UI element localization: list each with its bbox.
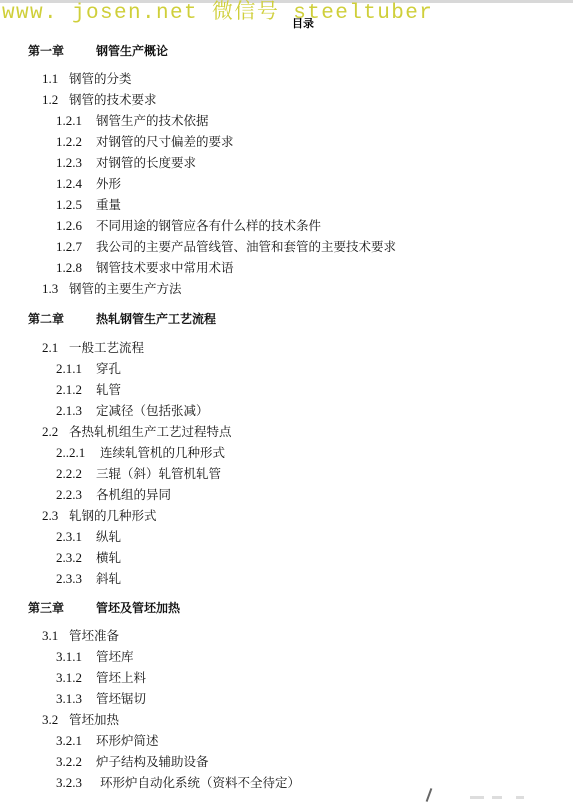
scan-artifact bbox=[492, 796, 502, 799]
chapter-heading: 第二章热轧钢管生产工艺流程 bbox=[28, 311, 216, 327]
toc-subsection: 2..2.1 连续轧管机的几种形式 bbox=[56, 445, 225, 461]
toc-subsection-label: 斜轧 bbox=[96, 571, 121, 586]
toc-subsection-label: 三辊（斜）轧管机轧管 bbox=[96, 466, 221, 481]
toc-subsection-label: 对钢管的长度要求 bbox=[96, 155, 196, 170]
toc-subsection-label: 不同用途的钢管应各有什么样的技术条件 bbox=[96, 218, 321, 233]
toc-subsection: 1.2.1钢管生产的技术依据 bbox=[56, 113, 209, 129]
chapter-heading-number: 第二章 bbox=[28, 311, 96, 327]
toc-subsection-number: 1.2.3 bbox=[56, 155, 96, 171]
toc-subsection-label: 炉子结构及辅助设备 bbox=[96, 754, 209, 769]
toc-subsection: 2.2.3各机组的异同 bbox=[56, 487, 171, 503]
watermark: www. josen.net 微信号 steeltuber bbox=[2, 1, 433, 27]
toc-subsection-number: 1.2.7 bbox=[56, 239, 96, 255]
toc-section: 2.1一般工艺流程 bbox=[42, 340, 144, 356]
toc-subsection: 2.3.1纵轧 bbox=[56, 529, 121, 545]
toc-section-label: 钢管的技术要求 bbox=[69, 92, 157, 107]
chapter-heading-number: 第一章 bbox=[28, 43, 96, 59]
toc-subsection-number: 1.2.4 bbox=[56, 176, 96, 192]
toc-subsection-number: 3.1.3 bbox=[56, 691, 96, 707]
toc-subsection-number: 3.2.1 bbox=[56, 733, 96, 749]
toc-subsection-number: 2.1.3 bbox=[56, 403, 96, 419]
toc-subsection-number: 3.1.2 bbox=[56, 670, 96, 686]
toc-subsection: 3.2.1环形炉简述 bbox=[56, 733, 159, 749]
toc-section-label: 各热轧机组生产工艺过程特点 bbox=[69, 424, 232, 439]
toc-section: 3.2管坯加热 bbox=[42, 712, 119, 728]
chapter-heading-label: 管坯及管坯加热 bbox=[96, 601, 180, 615]
toc-subsection: 2.3.2横轧 bbox=[56, 550, 121, 566]
toc-section-number: 2.3 bbox=[42, 508, 69, 524]
toc-section-label: 轧钢的几种形式 bbox=[69, 508, 157, 523]
toc-subsection: 1.2.2对钢管的尺寸偏差的要求 bbox=[56, 134, 234, 150]
toc-subsection-number: 2.1.2 bbox=[56, 382, 96, 398]
toc-subsection: 1.2.3对钢管的长度要求 bbox=[56, 155, 196, 171]
toc-subsection: 1.2.4外形 bbox=[56, 176, 121, 192]
toc-subsection-label: 轧管 bbox=[96, 382, 121, 397]
pen-mark bbox=[426, 788, 433, 802]
toc-subsection-label: 管坯库 bbox=[96, 649, 134, 664]
toc-subsection: 3.1.2管坯上料 bbox=[56, 670, 146, 686]
toc-section: 2.3轧钢的几种形式 bbox=[42, 508, 157, 524]
scan-artifact bbox=[516, 796, 524, 799]
toc-subsection-label: 管坯锯切 bbox=[96, 691, 146, 706]
toc-section-label: 钢管的主要生产方法 bbox=[69, 281, 182, 296]
scan-artifact bbox=[470, 796, 484, 799]
toc-subsection: 2.1.2轧管 bbox=[56, 382, 121, 398]
toc-section: 1.3钢管的主要生产方法 bbox=[42, 281, 182, 297]
toc-subsection-number: 2.3.3 bbox=[56, 571, 96, 587]
toc-section: 1.1钢管的分类 bbox=[42, 71, 132, 87]
toc-section-label: 管坯加热 bbox=[69, 712, 119, 727]
toc-subsection: 3.1.3管坯锯切 bbox=[56, 691, 146, 707]
toc-subsection-number: 2.3.1 bbox=[56, 529, 96, 545]
toc-subsection: 2.3.3斜轧 bbox=[56, 571, 121, 587]
toc-subsection-label: 我公司的主要产品管线管、油管和套管的主要技术要求 bbox=[96, 239, 396, 254]
toc-section: 3.1管坯准备 bbox=[42, 628, 119, 644]
toc-section: 2.2各热轧机组生产工艺过程特点 bbox=[42, 424, 232, 440]
toc-subsection-label: 定减径（包括张减） bbox=[96, 403, 209, 418]
toc-subsection-label: 环形炉自动化系统（资料不全待定） bbox=[96, 775, 300, 790]
toc-subsection-number: 1.2.8 bbox=[56, 260, 96, 276]
toc-section-number: 3.2 bbox=[42, 712, 69, 728]
toc-subsection: 1.2.8钢管技术要求中常用术语 bbox=[56, 260, 234, 276]
toc-subsection-label: 连续轧管机的几种形式 bbox=[96, 445, 225, 460]
toc-subsection-label: 外形 bbox=[96, 176, 121, 191]
toc-subsection: 3.2.2炉子结构及辅助设备 bbox=[56, 754, 209, 770]
chapter-heading-number: 第三章 bbox=[28, 600, 96, 616]
toc-subsection-label: 重量 bbox=[96, 197, 121, 212]
toc-subsection-number: 2.1.1 bbox=[56, 361, 96, 377]
toc-subsection: 1.2.6不同用途的钢管应各有什么样的技术条件 bbox=[56, 218, 321, 234]
chapter-heading-label: 热轧钢管生产工艺流程 bbox=[96, 312, 216, 326]
toc-subsection: 2.2.2三辊（斜）轧管机轧管 bbox=[56, 466, 221, 482]
toc-subsection-label: 管坯上料 bbox=[96, 670, 146, 685]
toc-section-label: 钢管的分类 bbox=[69, 71, 132, 86]
toc-subsection-label: 钢管生产的技术依据 bbox=[96, 113, 209, 128]
toc-section-number: 3.1 bbox=[42, 628, 69, 644]
toc-subsection-number: 2.2.2 bbox=[56, 466, 96, 482]
toc-section-number: 1.3 bbox=[42, 281, 69, 297]
toc-subsection-label: 穿孔 bbox=[96, 361, 121, 376]
toc-subsection-label: 对钢管的尺寸偏差的要求 bbox=[96, 134, 234, 149]
toc-subsection-number: 1.2.1 bbox=[56, 113, 96, 129]
toc-subsection: 2.1.3定减径（包括张减） bbox=[56, 403, 209, 419]
toc-title: 目录 bbox=[292, 15, 314, 31]
chapter-heading: 第三章管坯及管坯加热 bbox=[28, 600, 180, 616]
toc-section-number: 1.2 bbox=[42, 92, 69, 108]
toc-section-number: 1.1 bbox=[42, 71, 69, 87]
toc-subsection: 1.2.5重量 bbox=[56, 197, 121, 213]
toc-section-number: 2.1 bbox=[42, 340, 69, 356]
toc-subsection: 2.1.1穿孔 bbox=[56, 361, 121, 377]
toc-subsection-label: 纵轧 bbox=[96, 529, 121, 544]
toc-subsection: 3.1.1管坯库 bbox=[56, 649, 134, 665]
toc-subsection-number: 2.2.3 bbox=[56, 487, 96, 503]
chapter-heading-label: 钢管生产概论 bbox=[96, 44, 168, 58]
toc-subsection-number: 3.1.1 bbox=[56, 649, 96, 665]
toc-subsection-label: 钢管技术要求中常用术语 bbox=[96, 260, 234, 275]
toc-subsection-number: 1.2.5 bbox=[56, 197, 96, 213]
toc-subsection-number: 3.2.2 bbox=[56, 754, 96, 770]
toc-section-label: 管坯准备 bbox=[69, 628, 119, 643]
toc-subsection: 1.2.7我公司的主要产品管线管、油管和套管的主要技术要求 bbox=[56, 239, 396, 255]
chapter-heading: 第一章钢管生产概论 bbox=[28, 43, 168, 59]
toc-section-number: 2.2 bbox=[42, 424, 69, 440]
toc-subsection-number: 3.2.3 bbox=[56, 775, 96, 791]
toc-subsection-number: 2.3.2 bbox=[56, 550, 96, 566]
toc-subsection-label: 各机组的异同 bbox=[96, 487, 171, 502]
toc-subsection-label: 环形炉简述 bbox=[96, 733, 159, 748]
toc-subsection: 3.2.3 环形炉自动化系统（资料不全待定） bbox=[56, 775, 300, 791]
toc-subsection-number: 1.2.2 bbox=[56, 134, 96, 150]
toc-subsection-number: 1.2.6 bbox=[56, 218, 96, 234]
toc-section-label: 一般工艺流程 bbox=[69, 340, 144, 355]
toc-subsection-number: 2..2.1 bbox=[56, 445, 96, 461]
toc-subsection-label: 横轧 bbox=[96, 550, 121, 565]
toc-section: 1.2钢管的技术要求 bbox=[42, 92, 157, 108]
